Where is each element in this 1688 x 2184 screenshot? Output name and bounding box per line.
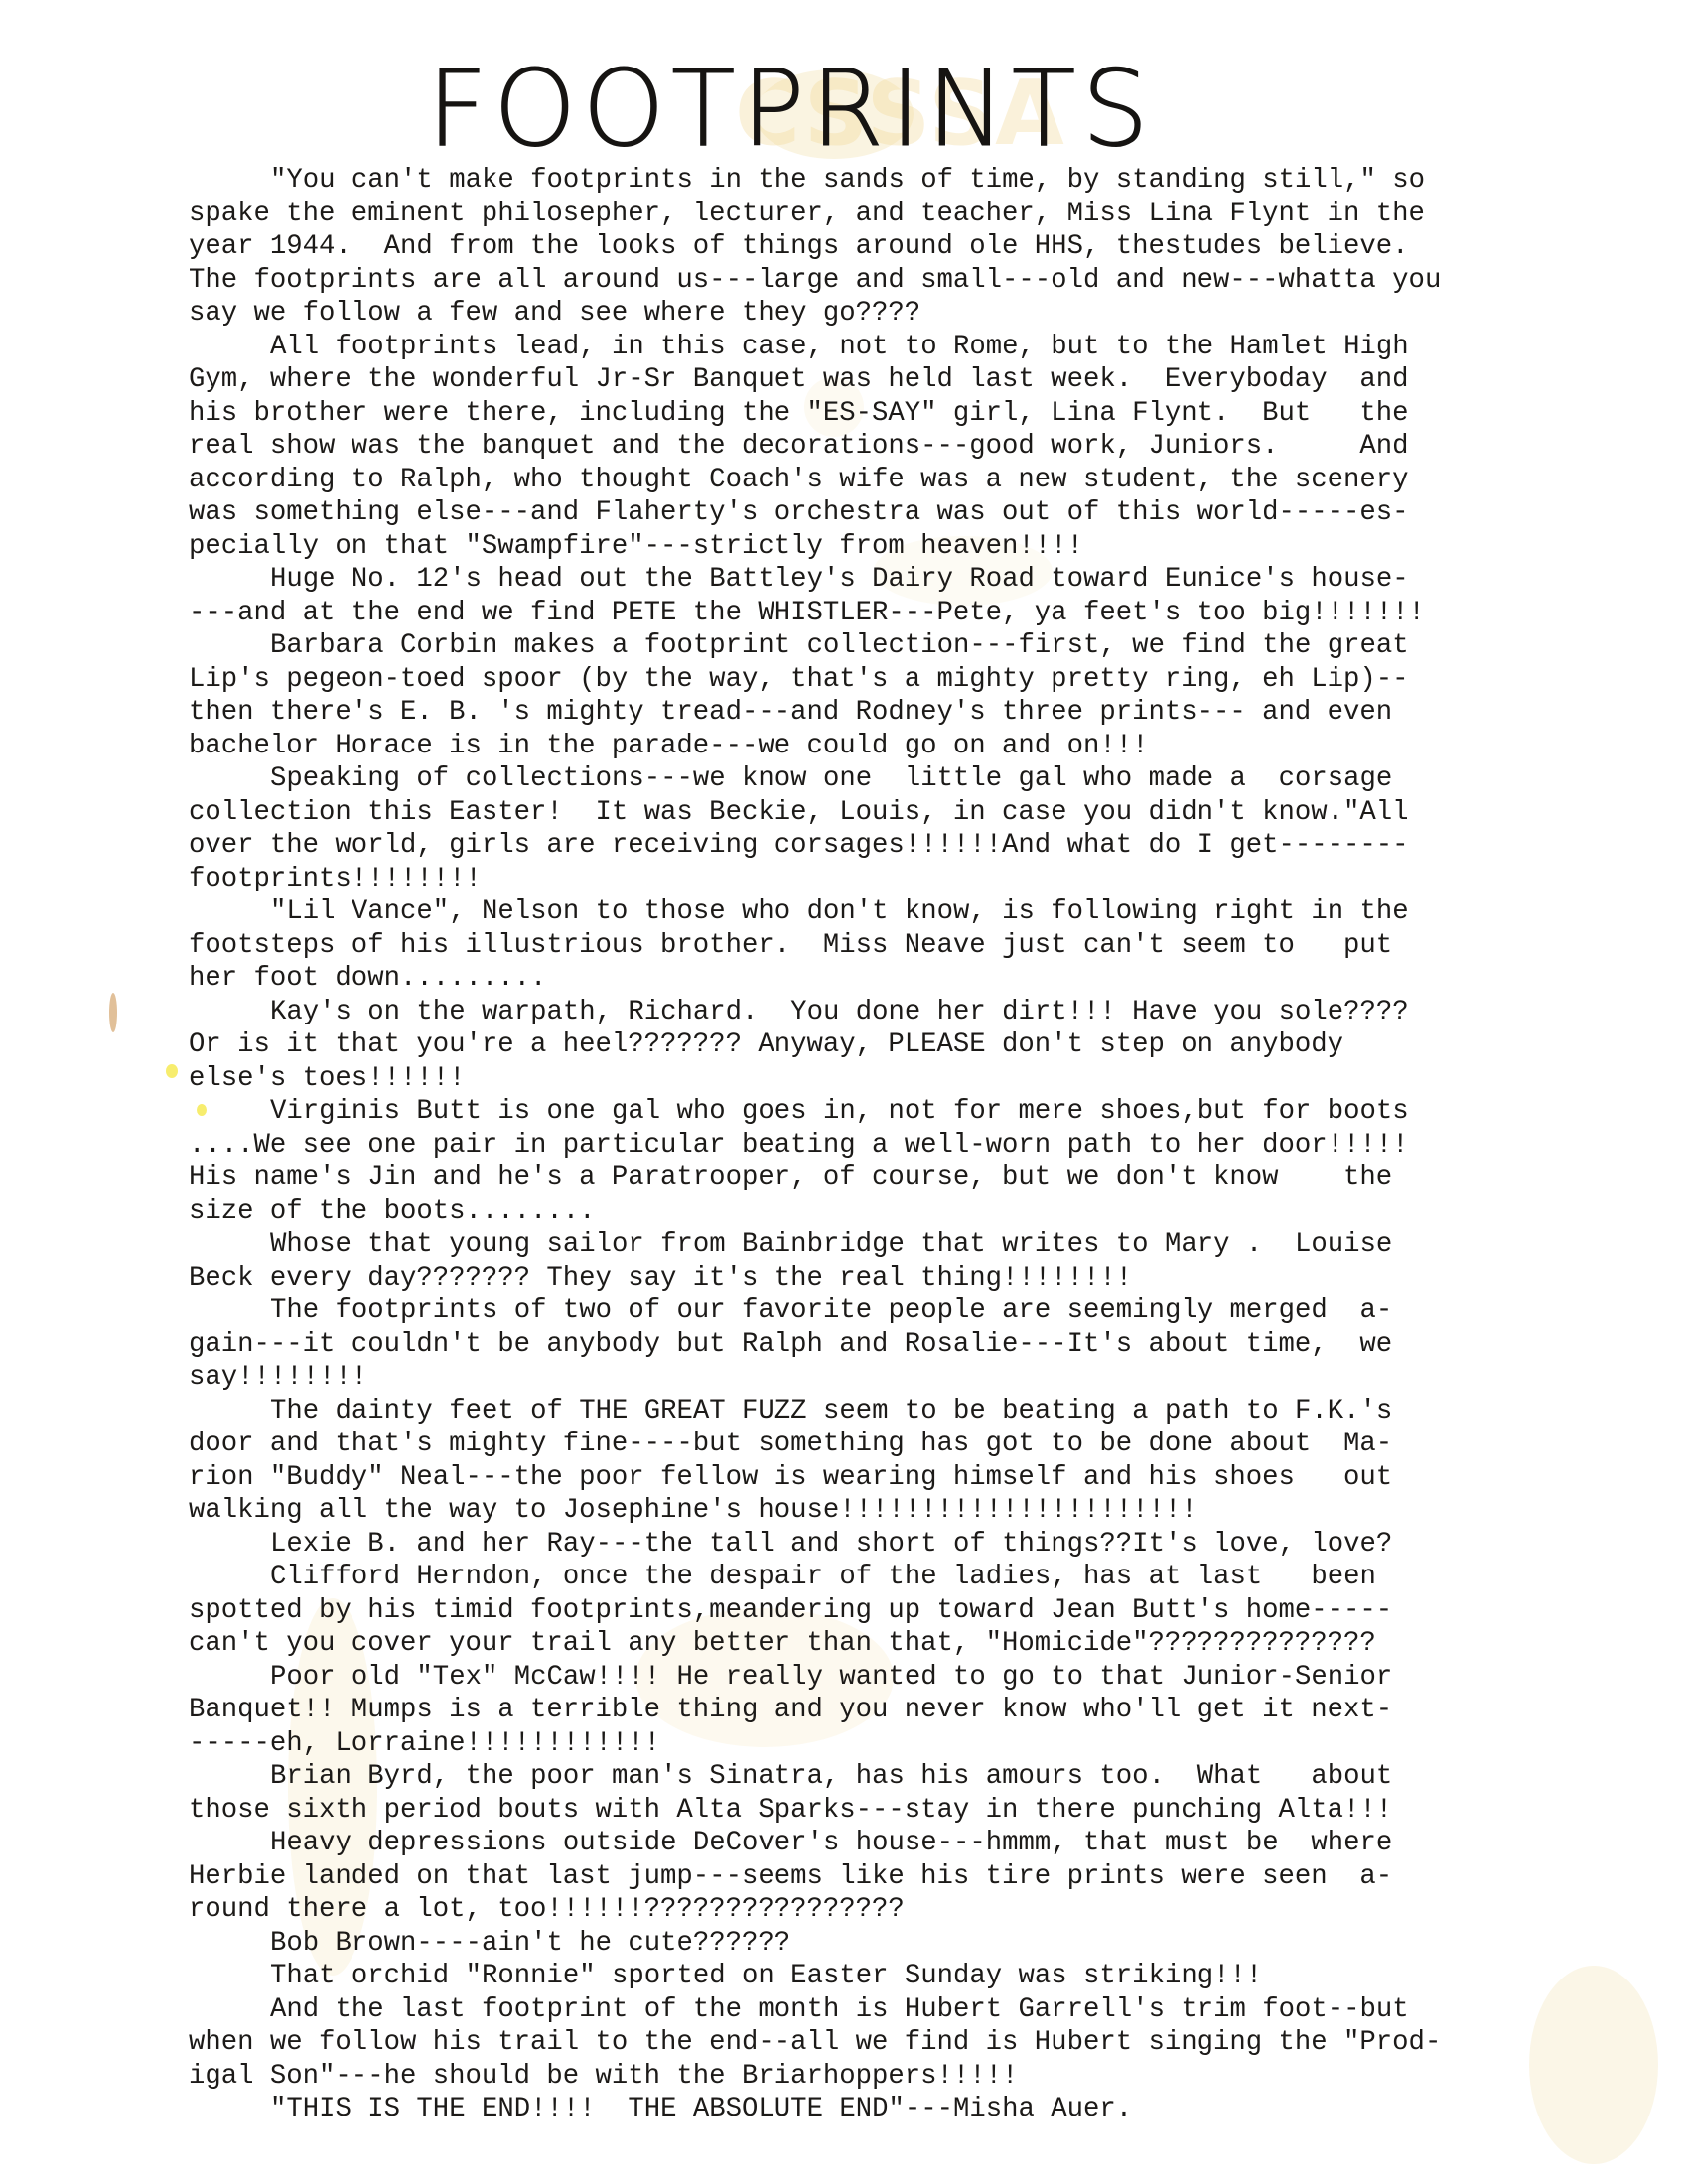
text-line: Herbie landed on that last jump---seems … [189,1860,1499,1894]
page-title: FOOTPRINTS [427,55,1122,164]
text-line: Or is it that you're a heel??????? Anywa… [189,1028,1499,1062]
text-line: spotted by his timid footprints,meanderi… [189,1594,1499,1628]
text-line: according to Ralph, who thought Coach's … [189,464,1499,497]
text-line: spake the eminent philosepher, lecturer,… [189,198,1499,231]
text-line: "Lil Vance", Nelson to those who don't k… [189,895,1499,929]
typewritten-page: CSSSA FOOTPRINTS "You can't make footpri… [0,0,1688,2184]
text-line: Huge No. 12's head out the Battley's Dai… [189,563,1499,597]
text-line: His name's Jin and he's a Paratrooper, o… [189,1161,1499,1195]
text-line: real show was the banquet and the decora… [189,430,1499,464]
text-line: Lexie B. and her Ray---the tall and shor… [189,1528,1499,1562]
text-line: was something else---and Flaherty's orch… [189,496,1499,530]
text-line: over the world, girls are receiving cors… [189,829,1499,863]
text-line: size of the boots........ [189,1195,1499,1229]
text-line: door and that's mighty fine----but somet… [189,1428,1499,1461]
text-line: bachelor Horace is in the parade---we co… [189,730,1499,763]
text-line: The footprints of two of our favorite pe… [189,1295,1499,1328]
text-line: "THIS IS THE END!!!! THE ABSOLUTE END"--… [189,2093,1499,2126]
text-line: Whose that young sailor from Bainbridge … [189,1228,1499,1262]
text-line: Gym, where the wonderful Jr-Sr Banquet w… [189,363,1499,397]
text-line: then there's E. B. 's mighty tread---and… [189,696,1499,730]
text-line: else's toes!!!!!! [189,1062,1499,1096]
text-line: rion "Buddy" Neal---the poor fellow is w… [189,1461,1499,1495]
text-line: Kay's on the warpath, Richard. You done … [189,996,1499,1029]
text-line: Poor old "Tex" McCaw!!!! He really wante… [189,1661,1499,1695]
text-line: her foot down......... [189,962,1499,996]
text-line: "You can't make footprints in the sands … [189,164,1499,198]
text-line: Heavy depressions outside DeCover's hous… [189,1827,1499,1860]
text-line: round there a lot, too!!!!!!????????????… [189,1893,1499,1927]
text-line: his brother were there, including the "E… [189,397,1499,431]
text-line: when we follow his trail to the end--all… [189,2026,1499,2060]
text-line: say we follow a few and see where they g… [189,297,1499,331]
text-line: footprints!!!!!!!! [189,863,1499,896]
text-line: Bob Brown----ain't he cute?????? [189,1927,1499,1961]
text-line: year 1944. And from the looks of things … [189,230,1499,264]
text-line: footsteps of his illustrious brother. Mi… [189,929,1499,963]
text-line: Clifford Herndon, once the despair of th… [189,1561,1499,1594]
text-line: igal Son"---he should be with the Briarh… [189,2060,1499,2094]
rust-speck [109,993,117,1032]
text-line: say!!!!!!!! [189,1361,1499,1395]
text-line: Brian Byrd, the poor man's Sinatra, has … [189,1760,1499,1794]
text-line: Banquet!! Mumps is a terrible thing and … [189,1694,1499,1727]
paper-stain [1529,1966,1658,2164]
text-line: collection this Easter! It was Beckie, L… [189,796,1499,830]
text-line: -----eh, Lorraine!!!!!!!!!!!! [189,1727,1499,1761]
text-line: those sixth period bouts with Alta Spark… [189,1794,1499,1828]
text-line: Lip's pegeon-toed spoor (by the way, tha… [189,663,1499,697]
text-line: The footprints are all around us---large… [189,264,1499,298]
text-line: gain---it couldn't be anybody but Ralph … [189,1328,1499,1362]
text-line: And the last footprint of the month is H… [189,1993,1499,2027]
text-line: Virginis Butt is one gal who goes in, no… [189,1095,1499,1129]
text-line: ....We see one pair in particular beatin… [189,1129,1499,1162]
text-line: Speaking of collections---we know one li… [189,762,1499,796]
text-line: That orchid "Ronnie" sported on Easter S… [189,1960,1499,1993]
highlight-dot [166,1064,178,1078]
text-line: pecially on that "Swampfire"---strictly … [189,530,1499,564]
text-line: ---and at the end we find PETE the WHIST… [189,597,1499,630]
text-line: can't you cover your trail any better th… [189,1627,1499,1661]
text-line: The dainty feet of THE GREAT FUZZ seem t… [189,1395,1499,1429]
text-line: Beck every day??????? They say it's the … [189,1262,1499,1296]
text-line: All footprints lead, in this case, not t… [189,331,1499,364]
text-line: Barbara Corbin makes a footprint collect… [189,629,1499,663]
text-line: walking all the way to Josephine's house… [189,1494,1499,1528]
article-body: "You can't make footprints in the sands … [189,164,1499,2126]
